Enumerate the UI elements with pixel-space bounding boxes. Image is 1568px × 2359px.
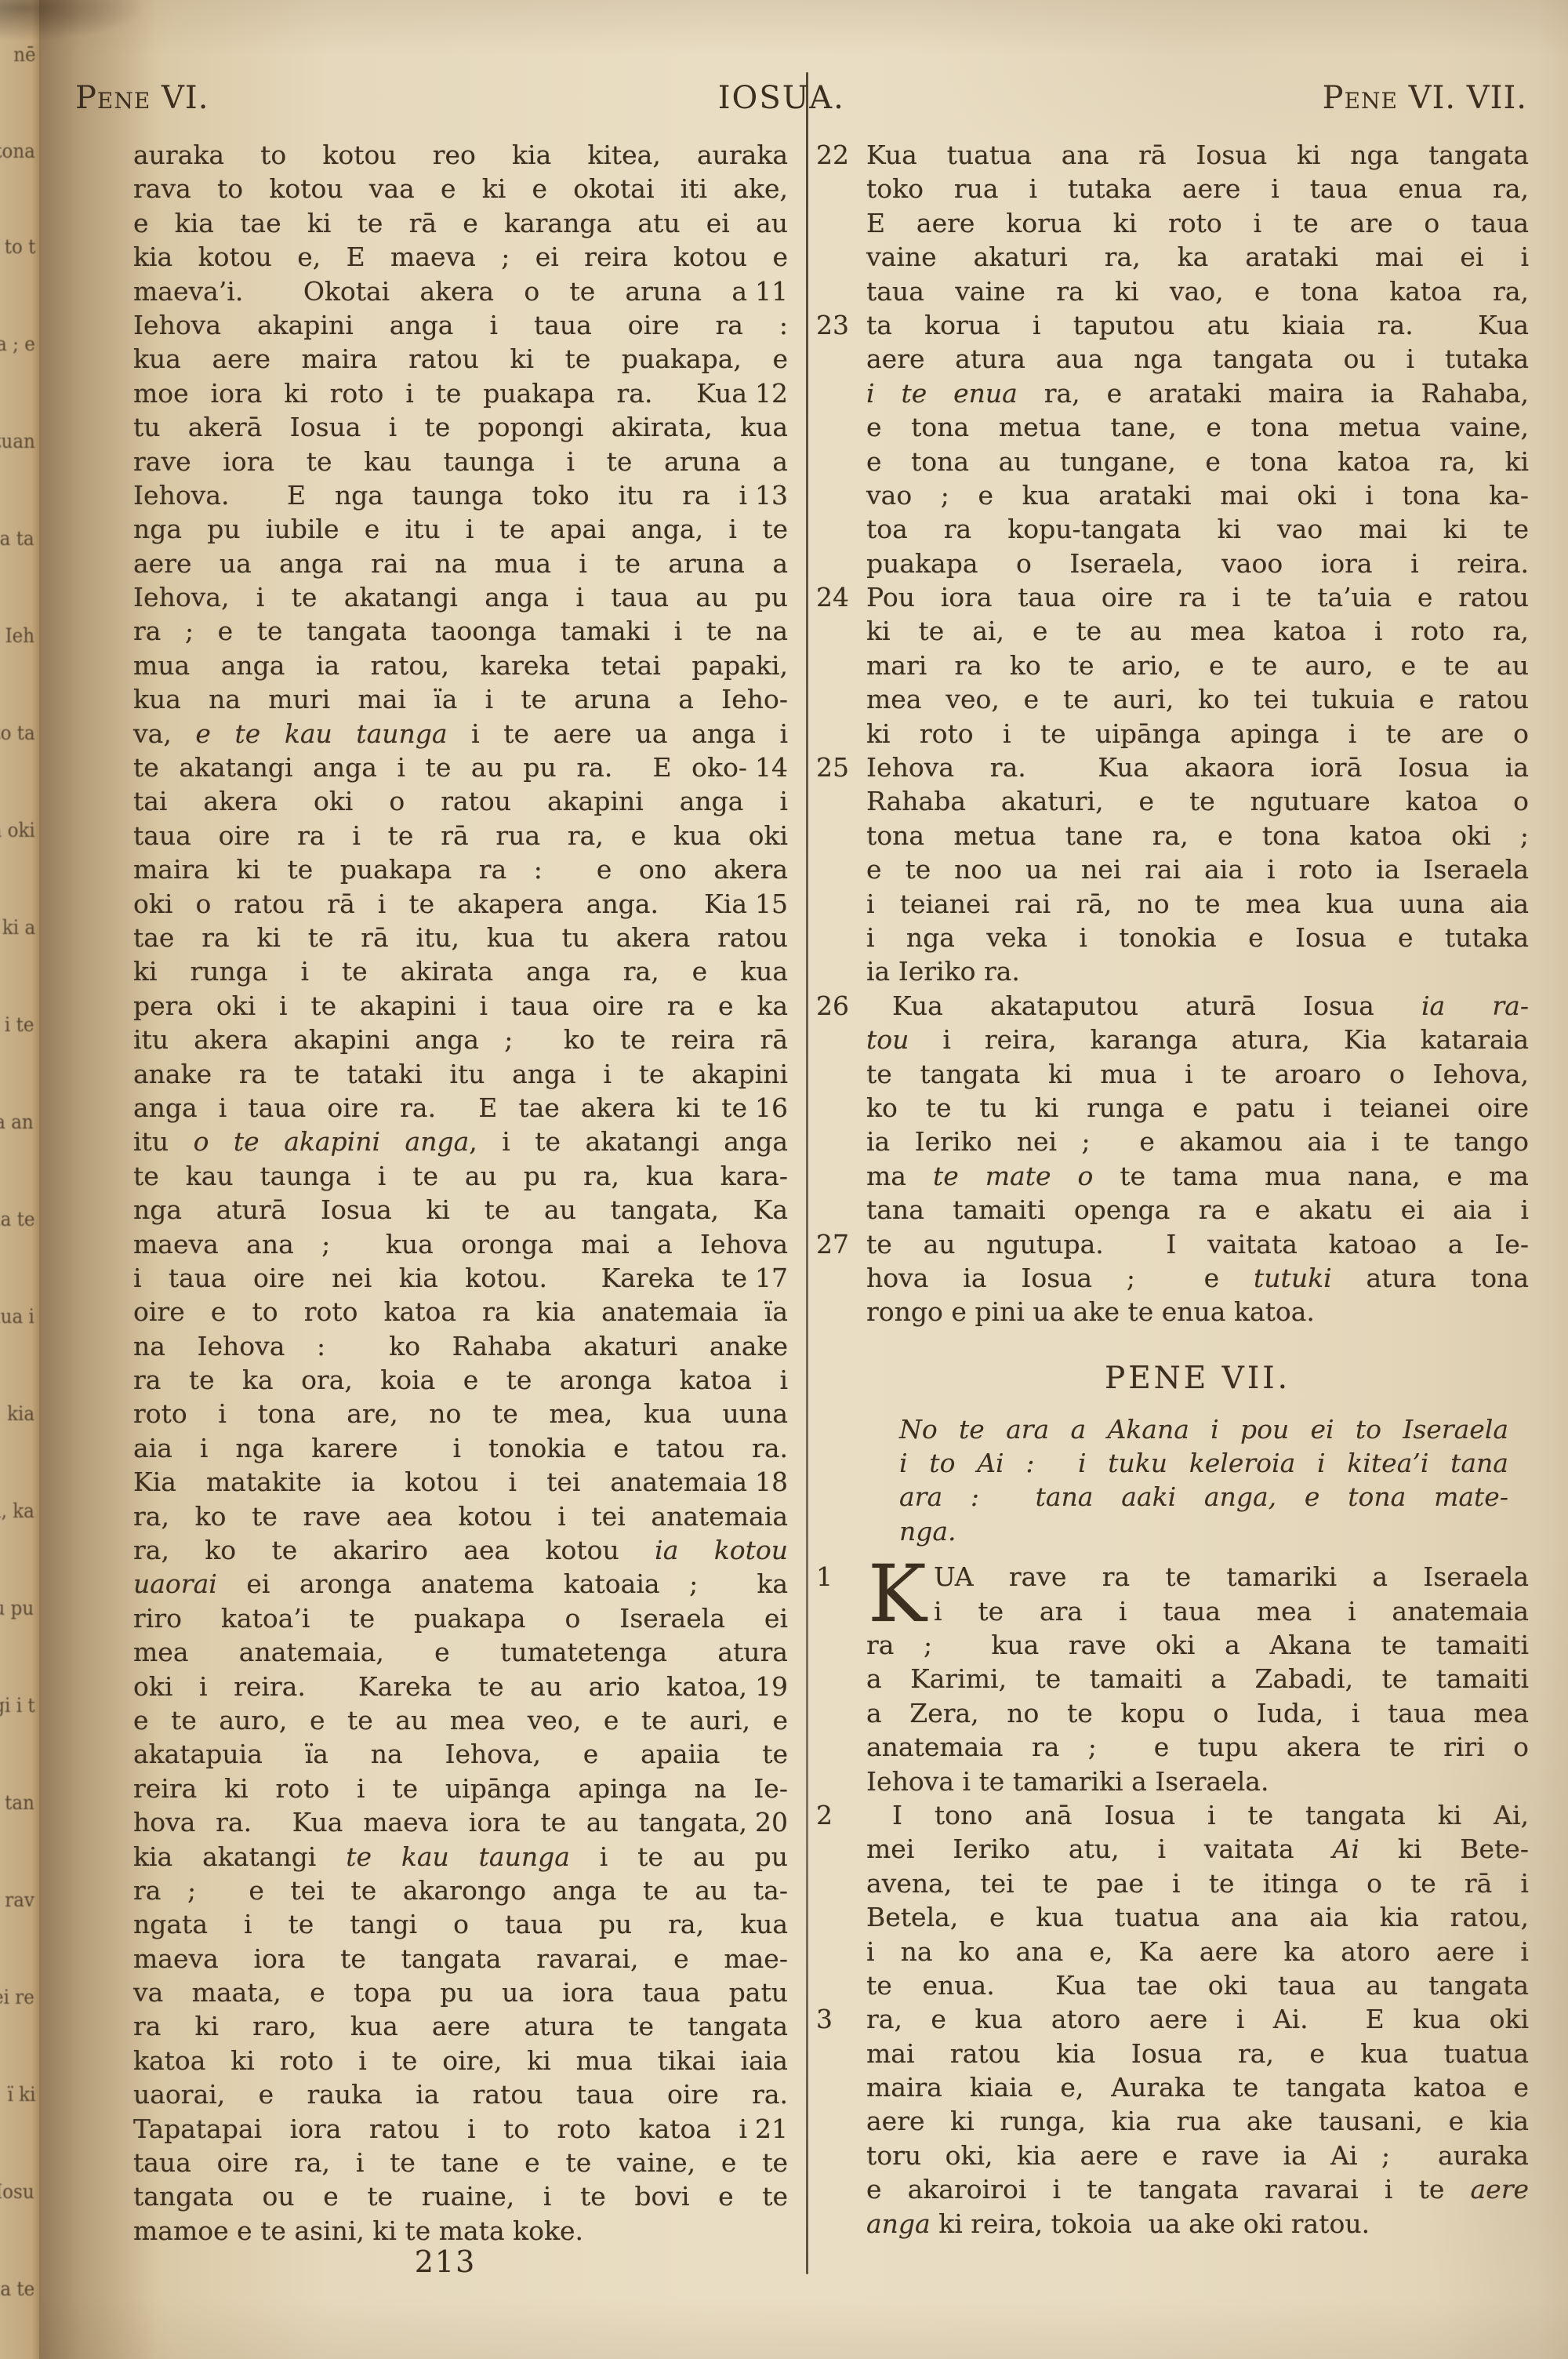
text-segment: Iehova ra. Kua akaora iorā Iosua ia — [866, 752, 1529, 783]
text-line: taua vaine ra ki vao, e tona katoa ra, — [866, 274, 1529, 308]
text-segment: na Iehova : ko Rahaba akaturi anake — [133, 1331, 788, 1361]
text-line: tona metua tane ra, e tona katoa oki ; — [866, 819, 1529, 852]
page-number: 213 — [367, 2245, 524, 2279]
text-line: toru oki, kia aere e rave ia Ai ; auraka — [866, 2139, 1529, 2172]
facing-page-text-fragment: a ; e — [0, 333, 35, 355]
text-column-left: auraka to kotou reo kia kitea, aurakarav… — [133, 138, 788, 2248]
text-line: aia i nga karere i tonokia e tatou ra. — [133, 1431, 788, 1465]
text-segment: kia kotou e, E maeva ; ei reira kotou e — [133, 242, 788, 272]
text-line: na Iehova : ko Rahaba akaturi anake — [133, 1329, 788, 1363]
text-line: mai ratou kia Iosua ra, e kua tuatua — [866, 2037, 1529, 2070]
text-line: mari ra ko te ario, e te auro, e te au — [866, 649, 1529, 682]
text-line: uaorai ei aronga anatema katoaia ; ka — [133, 1567, 788, 1601]
text-line: itu akera akapini anga ; ko te reira rā — [133, 1023, 788, 1056]
text-line: nga. — [899, 1514, 1508, 1548]
text-segment: E aere korua ki roto i te are o taua — [866, 208, 1529, 238]
text-line: I tono anā Iosua i te tangata ki Ai,2 — [866, 1798, 1529, 1832]
running-head-book-title: IOSUA. — [718, 80, 845, 116]
text-segment: oki i reira. Kareka te au ario katoa, — [133, 1671, 747, 1702]
text-line: e akaroiroi i te tangata ravarai i te ae… — [866, 2172, 1529, 2206]
text-line: ko te tu ki runga e patu i teianei oire — [866, 1091, 1529, 1125]
verse-number: 13 — [755, 478, 788, 512]
text-segment: a Zera, no te kopu o Iuda, i taua mea — [866, 1698, 1529, 1728]
text-line: va, e te kau taunga i te aere ua anga i — [133, 717, 788, 751]
text-segment: hova ia Iosua ; e — [866, 1263, 1254, 1293]
text-line: Pou iora taua oire ra i te ta’uia e rato… — [866, 580, 1529, 614]
verse-number: 2 — [816, 1798, 833, 1832]
text-segment: ki Bete- — [1359, 1834, 1529, 1864]
text-segment: moe iora ki roto i te puakapa ra. Kua — [133, 378, 747, 409]
text-segment: kua na muri mai ïa i te aruna a Ieho- — [133, 684, 788, 714]
text-line: i teianei rai rā, no te mea kua uuna aia — [866, 887, 1529, 921]
text-segment: a Karimi, te tamaiti a Zabadi, te tamait… — [866, 1663, 1529, 1694]
text-line: maeva’i. Okotai akera o te aruna a11 — [133, 274, 788, 308]
text-line: anga i taua oire ra. E tae akera ki te16 — [133, 1091, 788, 1125]
text-segment: kia akatangi — [133, 1841, 346, 1872]
text-line: itu o te akapini anga, i te akatangi ang… — [133, 1125, 788, 1158]
text-line: taua oire ra, i te tane e te vaine, e te — [133, 2146, 788, 2179]
text-segment: i na ko ana e, Ka aere ka atoro aere i — [866, 1936, 1529, 1967]
text-line: i te enua ra, e arataki maira ia Rahaba, — [866, 376, 1529, 410]
text-line: tangata ou e te ruaine, i te bovi e te — [133, 2179, 788, 2213]
chapter-heading: PENE VII. — [866, 1361, 1529, 1397]
text-segment: ko te tu ki runga e patu i teianei oire — [866, 1092, 1529, 1123]
facing-page-text-fragment: ki a — [2, 916, 35, 939]
text-segment: Iehova i te tamariki a Iseraela. — [866, 1766, 1269, 1797]
text-segment: i te au pu — [570, 1841, 788, 1872]
text-segment: oire e to roto katoa ra kia anatemaia ïa — [133, 1296, 788, 1327]
text-segment: ia Ieriko nei ; e akamou aia i te tango — [866, 1126, 1529, 1157]
verse-number: 12 — [755, 376, 788, 410]
text-segment: maeva iora te tangata ravarai, e mae- — [133, 1943, 788, 1974]
text-segment: maira kiaia e, Auraka te tangata katoa e — [866, 2072, 1529, 2103]
text-line: oki i reira. Kareka te au ario katoa,19 — [133, 1670, 788, 1703]
text-segment: te enua. Kua tae oki taua au tangata — [866, 1970, 1529, 2001]
text-segment: Kua akataputou aturā Iosua — [866, 990, 1421, 1021]
text-line: e te noo ua nei rai aia i roto ia Iserae… — [866, 852, 1529, 886]
text-segment: tae ra ki te rā itu, kua tu akera ratou — [133, 922, 788, 953]
text-line: aere ua anga rai na mua i te aruna a — [133, 547, 788, 580]
text-line: ki roto i te uipānga apinga i te are o — [866, 717, 1529, 751]
text-line: mamoe e te asini, ki te mata koke. — [133, 2214, 788, 2248]
verse-number: 3 — [816, 2002, 833, 2036]
verse-number: 22 — [816, 138, 849, 172]
text-segment: vao ; e kua arataki mai oki i tona ka- — [866, 480, 1529, 511]
facing-page-text-fragment: pera an — [0, 1110, 34, 1133]
text-segment: ra, ko te rave aea kotou i tei anatemaia — [133, 1501, 788, 1532]
text-segment: Kua tuatua ana rā Iosua ki nga tangata — [866, 140, 1529, 170]
book-page-scan: nētonato ta ; etuanma taa Iehto tan okik… — [0, 0, 1568, 2359]
text-segment: va, — [133, 718, 195, 749]
text-line: ki runga i te akirata anga ra, e kua — [133, 954, 788, 988]
text-segment: te akatangi anga i te au pu ra. E oko- — [133, 752, 747, 783]
text-segment: ra, ko te akariro aea kotou — [133, 1535, 655, 1565]
text-line: rava to kotou vaa e ki e okotai iti ake, — [133, 172, 788, 205]
text-line: te akatangi anga i te au pu ra. E oko-14 — [133, 751, 788, 784]
text-line: E aere korua ki roto i te are o taua — [866, 206, 1529, 240]
facing-page-text-fragment: ma te — [0, 1208, 34, 1230]
italic-phrase: o te akapini anga — [194, 1126, 470, 1157]
facing-page-text-fragment: te tan — [0, 1791, 34, 1814]
facing-page-text-fragment: ma ta — [0, 527, 34, 550]
italic-phrase: tou — [866, 1024, 909, 1055]
text-segment: maeva’i. Okotai akera o te aruna a — [133, 276, 747, 307]
facing-page-text-fragment: a Iosu — [0, 2180, 34, 2203]
text-segment: aere ua anga rai na mua i te aruna a — [133, 548, 788, 579]
text-line: oki o ratou rā i te akapera anga. Kia15 — [133, 887, 788, 921]
text-line: ia Ieriko nei ; e akamou aia i te tango — [866, 1125, 1529, 1158]
facing-page-text-fragment: to ta — [0, 722, 35, 744]
text-line: ra ; e te tangata taoonga tamaki i te na — [133, 614, 788, 648]
text-segment: rava to kotou vaa e ki e okotai iti ake, — [133, 173, 788, 204]
text-line: Kia matakite ia kotou i tei anatemaia18 — [133, 1465, 788, 1499]
text-segment: tai akera oki o ratou akapini anga i — [133, 786, 788, 816]
text-segment: ei aronga anatema katoaia ; ka — [217, 1568, 788, 1599]
text-line: rave iora te kau taunga i te aruna a — [133, 445, 788, 478]
text-line: mea veo, e te auri, ko tei tukuia e rato… — [866, 682, 1529, 716]
text-line: ra ki raro, kua aere atura te tangata — [133, 2009, 788, 2043]
text-line: i te ara i taua mea i anatemaia — [866, 1594, 1529, 1628]
text-line: kua na muri mai ïa i te aruna a Ieho- — [133, 682, 788, 716]
text-segment: taua oire ra, i te tane e te vaine, e te — [133, 2147, 788, 2178]
text-segment: nga. — [899, 1516, 956, 1547]
text-line: ara : tana aaki anga, e tona mate- — [899, 1480, 1508, 1514]
facing-page-text-fragment: a Ieh — [0, 624, 34, 647]
text-line: Iehova, i te akatangi anga i taua au pu — [133, 580, 788, 614]
verse-number: 23 — [816, 308, 849, 342]
text-segment: auraka to kotou reo kia kitea, auraka — [133, 140, 788, 170]
text-segment: te au ngutupa. I vaitata katoao a Ie- — [866, 1229, 1529, 1259]
text-segment: anatemaia ra ; e tupu akera te riri o — [866, 1732, 1529, 1762]
text-line: riro katoa’i te puakapa o Iseraela ei — [133, 1601, 788, 1635]
running-head-left: Pene VI. — [75, 80, 209, 116]
text-line: Kua akataputou aturā Iosua ia ra-26 — [866, 989, 1529, 1023]
text-segment: avena, tei te pae i te itinga o te rā i — [866, 1868, 1529, 1899]
text-segment: ngata i te tangi o taua pu ra, kua — [133, 1909, 788, 1939]
text-segment: maeva ana ; kua oronga mai a Iehova — [133, 1229, 788, 1259]
text-line: ra, ko te rave aea kotou i tei anatemaia — [133, 1499, 788, 1533]
text-segment: toru oki, kia aere e rave ia Ai ; auraka — [866, 2140, 1529, 2171]
text-line: reira ki roto i te uipānga apinga na Ie- — [133, 1772, 788, 1805]
text-line: va maata, e topa pu ua iora taua patu — [133, 1976, 788, 2009]
text-segment: i nga veka i tonokia e Iosua e tutaka — [866, 922, 1529, 953]
text-segment: e kia tae ki te rā e karanga atu ei au — [133, 208, 788, 238]
text-line: ma te mate o te tama mua nana, e ma — [866, 1159, 1529, 1193]
text-segment: e akaroiroi i te tangata ravarai i te — [866, 2174, 1470, 2205]
text-line: ra ; e tei te akarongo anga te au ta- — [133, 1874, 788, 1907]
italic-phrase: Ai — [1333, 1834, 1359, 1864]
text-line: mei Ieriko atu, i vaitata Ai ki Bete- — [866, 1832, 1529, 1866]
text-segment: uaorai, e rauka ia ratou taua oire ra. — [133, 2079, 788, 2110]
text-segment: atura tona — [1332, 1263, 1529, 1293]
text-segment: mea veo, e te auri, ko tei tukuia e rato… — [866, 684, 1529, 714]
verse-number: 20 — [755, 1805, 788, 1839]
text-line: e tona metua tane, e tona metua vaine, — [866, 410, 1529, 444]
text-line: maeva ana ; kua oronga mai a Iehova — [133, 1227, 788, 1261]
text-segment: mai ratou kia Iosua ra, e kua tuatua — [866, 2038, 1529, 2069]
text-line: avena, tei te pae i te itinga o te rā i — [866, 1866, 1529, 1900]
verse-block: KUA rave ra te tamariki a Iseraela1i te … — [866, 1560, 1529, 2241]
text-segment: nga pu iubile e itu i te apai anga, i te — [133, 514, 788, 544]
text-line: vaine akaturi ra, ka arataki mai ei i — [866, 240, 1529, 274]
text-segment: tana tamaiti openga ra e akatu ei aia i — [866, 1194, 1529, 1225]
text-line: ta korua i taputou atu kiaia ra. Kua23 — [866, 308, 1529, 342]
text-line: Kua tuatua ana rā Iosua ki nga tangata22 — [866, 138, 1529, 172]
facing-page-text-fragment: a au pu — [0, 1597, 34, 1619]
text-line: ki te ai, e te au mea katoa i roto ra, — [866, 614, 1529, 648]
text-line: Betela, e kua tuatua ana aia kia ratou, — [866, 1900, 1529, 1934]
text-line: katoa ki roto i te oire, ki mua tikai ia… — [133, 2044, 788, 2077]
italic-phrase: ia kotou — [655, 1535, 788, 1565]
italic-phrase: ia ra- — [1421, 990, 1529, 1021]
text-segment: pera oki i te akapini i taua oire ra e k… — [133, 990, 788, 1021]
text-segment: itu akera akapini anga ; ko te reira rā — [133, 1024, 788, 1055]
text-line: toko rua i tutaka aere i taua enua ra, — [866, 172, 1529, 205]
italic-phrase: e te kau taunga — [195, 718, 447, 749]
text-line: puakapa o Iseraela, vaoo iora i reira. — [866, 547, 1529, 580]
text-segment: te tama mua nana, e ma — [1093, 1161, 1529, 1191]
text-line: Iehova i te tamariki a Iseraela. — [866, 1765, 1529, 1798]
text-segment: itu — [133, 1126, 194, 1157]
text-segment: ia Ieriko ra. — [866, 956, 1020, 987]
text-segment: toko rua i tutaka aere i taua enua ra, — [866, 173, 1529, 204]
text-line: ra, ko te akariro aea kotou ia kotou — [133, 1533, 788, 1567]
text-line: e kia tae ki te rā e karanga atu ei au — [133, 206, 788, 240]
text-segment: Tapatapai iora ratou i to roto katoa i — [133, 2114, 747, 2144]
text-segment: taua oire ra i te rā rua ra, e kua oki — [133, 820, 788, 851]
text-line: tou i reira, karanga atura, Kia kataraia — [866, 1023, 1529, 1056]
text-line: kia kotou e, E maeva ; ei reira kotou e — [133, 240, 788, 274]
facing-page-text-fragment: ï ki — [7, 2083, 35, 2106]
text-line: mea anatemaia, e tumatetenga atura — [133, 1635, 788, 1669]
text-line: Iehova. E nga taunga toko itu ra i13 — [133, 478, 788, 512]
verse-number: 11 — [755, 274, 788, 308]
text-line: aere atura aua nga tangata ou i tutaka — [866, 342, 1529, 376]
facing-page-text-fragment: to t — [5, 235, 36, 258]
text-line: tai akera oki o ratou akapini anga i — [133, 784, 788, 818]
text-segment: Kia matakite ia kotou i tei anatemaia — [133, 1467, 747, 1497]
verse-block: Kua tuatua ana rā Iosua ki nga tangata22… — [866, 138, 1529, 1329]
text-segment: mea anatemaia, e tumatetenga atura — [133, 1637, 788, 1667]
text-segment: aia i nga karere i tonokia e tatou ra. — [133, 1433, 788, 1463]
facing-page-text-fragment: mua i — [0, 1305, 34, 1328]
text-segment: rave iora te kau taunga i te aruna a — [133, 446, 788, 477]
text-segment: aere ki runga, kia rua ake tausani, e ki… — [866, 2106, 1529, 2136]
text-segment: Iehova. E nga taunga toko itu ra i — [133, 480, 747, 511]
text-line: auraka to kotou reo kia kitea, auraka — [133, 138, 788, 172]
text-segment: No te ara a Akana i pou ei to Iseraela — [899, 1414, 1508, 1445]
text-line: maira kiaia e, Auraka te tangata katoa e — [866, 2070, 1529, 2104]
text-line: ra te ka ora, koia e te aronga katoa i — [133, 1363, 788, 1397]
text-line: a Zera, no te kopu o Iuda, i taua mea — [866, 1696, 1529, 1730]
text-segment: I tono anā Iosua i te tangata ki Ai, — [866, 1800, 1529, 1830]
text-line: anatemaia ra ; e tupu akera te riri o — [866, 1730, 1529, 1764]
text-line: ngata i te tangi o taua pu ra, kua — [133, 1907, 788, 1941]
facing-page-text-fragment: tuan — [0, 430, 35, 453]
verse-number: 15 — [755, 887, 788, 921]
text-segment: Pou iora taua oire ra i te ta’uia e rato… — [866, 582, 1529, 612]
text-segment: toa ra kopu-tangata ki vao mai ki te — [866, 514, 1529, 544]
text-line: e te auro, e te au mea veo, e te auri, e — [133, 1703, 788, 1737]
text-line: anga ki reira, tokoia ua ake oki ratou. — [866, 2207, 1529, 2241]
text-line: kia akatangi te kau taunga i te au pu — [133, 1840, 788, 1874]
text-line: akatapuia ïa na Iehova, e apaiia te — [133, 1737, 788, 1771]
italic-phrase: aere — [1470, 2174, 1529, 2205]
facing-page-text-fragment: tona — [0, 140, 35, 162]
text-segment: tona metua tane ra, e tona katoa oki ; — [866, 820, 1529, 851]
facing-page-text-fragment: ga i te — [0, 1013, 34, 1036]
text-segment: ra ; e te tangata taoonga tamaki i te na — [133, 616, 788, 646]
verse-number: 17 — [755, 1261, 788, 1295]
text-segment: te kau taunga i te au pu ra, kua kara- — [133, 1161, 788, 1191]
text-segment: e te auro, e te au mea veo, e te auri, e — [133, 1705, 788, 1736]
text-line: tae ra ki te rā itu, kua tu akera ratou — [133, 921, 788, 954]
text-segment: akatapuia ïa na Iehova, e apaiia te — [133, 1739, 788, 1769]
text-segment: ra, e arataki maira ia Rahaba, — [1018, 378, 1529, 409]
text-line: hova ia Iosua ; e tutuki atura tona — [866, 1261, 1529, 1295]
text-segment: tu akerā Iosua i te popongi akirata, kua — [133, 412, 788, 442]
text-segment: Rahaba akaturi, e te ngutuare katoa o — [866, 786, 1529, 816]
chapter-summary: No te ara a Akana i pou ei to Iseraelai … — [866, 1397, 1529, 1549]
facing-page-edge: nētonato ta ; etuanma taa Iehto tan okik… — [0, 0, 39, 2359]
italic-phrase: anga — [866, 2208, 931, 2239]
text-segment: e tona metua tane, e tona metua vaine, — [866, 412, 1529, 442]
verse-number: 16 — [755, 1091, 788, 1125]
text-segment: mari ra ko te ario, e te auro, e te au — [866, 650, 1529, 681]
column-divider-rule — [806, 72, 808, 2274]
text-line: tana tamaiti openga ra e akatu ei aia i — [866, 1193, 1529, 1227]
text-line: ra, e kua atoro aere i Ai. E kua oki3 — [866, 2002, 1529, 2036]
text-segment: Iehova akapini anga i taua oire ra : — [133, 310, 788, 340]
italic-phrase: i te enua — [866, 378, 1018, 409]
text-segment: rongo e pini ua ake te enua katoa. — [866, 1296, 1315, 1327]
facing-page-text-fragment: ra, ka — [0, 1499, 34, 1522]
text-line: oire e to roto katoa ra kia anatemaia ïa — [133, 1295, 788, 1329]
text-line: e tona au tungane, e tona katoa ra, ki — [866, 445, 1529, 478]
text-line: nga pu iubile e itu i te apai anga, i te — [133, 512, 788, 546]
text-line: maira ki te puakapa ra : e ono akera — [133, 852, 788, 886]
text-segment: e tona au tungane, e tona katoa ra, ki — [866, 446, 1529, 477]
facing-page-text-fragment: a, kia — [0, 1402, 34, 1425]
text-segment: mamoe e te asini, ki te mata koke. — [133, 2215, 583, 2246]
text-segment: ta korua i taputou atu kiaia ra. Kua — [866, 310, 1529, 340]
text-segment: taua vaine ra ki vao, e tona katoa ra, — [866, 276, 1529, 307]
text-segment: ki reira, tokoia ua ake oki ratou. — [931, 2208, 1370, 2239]
text-segment: ki runga i te akirata anga ra, e kua — [133, 956, 788, 987]
text-segment: i taua oire nei kia kotou. Kareka te — [133, 1263, 747, 1293]
text-segment: vaine akaturi ra, ka arataki mai ei i — [866, 242, 1529, 272]
text-line: i to Ai : i tuku keleroia i kitea’i tana — [899, 1446, 1508, 1480]
text-segment: i te ara i taua mea i anatemaia — [934, 1596, 1529, 1627]
text-line: mua anga ia ratou, kareka tetai papaki, — [133, 649, 788, 682]
text-column-right: Kua tuatua ana rā Iosua ki nga tangata22… — [866, 138, 1529, 2241]
text-segment: reira ki roto i te uipānga apinga na Ie- — [133, 1773, 788, 1804]
text-segment: e te noo ua nei rai aia i roto ia Iserae… — [866, 854, 1529, 885]
italic-phrase: te mate o — [933, 1161, 1093, 1191]
block-gap — [866, 1548, 1529, 1560]
text-segment: i to Ai : i tuku keleroia i kitea’i tana — [899, 1448, 1508, 1478]
text-line: Rahaba akaturi, e te ngutuare katoa o — [866, 784, 1529, 818]
text-line: roto i tona are, no te mea, kua uuna — [133, 1397, 788, 1430]
text-line: pera oki i te akapini i taua oire ra e k… — [133, 989, 788, 1023]
text-segment: ki te ai, e te au mea katoa i roto ra, — [866, 616, 1529, 646]
text-line: maeva iora te tangata ravarai, e mae- — [133, 1942, 788, 1976]
verse-number: 25 — [816, 751, 849, 784]
text-segment: mua anga ia ratou, kareka tetai papaki, — [133, 650, 788, 681]
text-line: Tapatapai iora ratou i to roto katoa i21 — [133, 2112, 788, 2146]
text-line: te enua. Kua tae oki taua au tangata — [866, 1968, 1529, 2002]
facing-page-text-fragment: ; ei re — [0, 1986, 34, 2008]
verse-number: 19 — [755, 1670, 788, 1703]
text-line: kua aere maira ratou ki te puakapa, e — [133, 342, 788, 376]
text-segment: UA rave ra te tamariki a Iseraela — [934, 1561, 1529, 1592]
text-line: aere ki runga, kia rua ake tausani, e ki… — [866, 2104, 1529, 2138]
text-segment: roto i tona are, no te mea, kua uuna — [133, 1398, 788, 1429]
text-segment: hova ra. Kua maeva iora te au tangata, — [133, 1807, 747, 1837]
text-line: ia Ieriko ra. — [866, 954, 1529, 988]
text-segment: Iehova, i te akatangi anga i taua au pu — [133, 582, 788, 612]
verse-number: 26 — [816, 989, 849, 1023]
text-segment: i te aere ua anga i — [448, 718, 788, 749]
text-line: No te ara a Akana i pou ei to Iseraela — [899, 1412, 1508, 1446]
text-segment: Betela, e kua tuatua ana aia kia ratou, — [866, 1902, 1529, 1932]
text-segment: , i te akatangi anga — [469, 1126, 788, 1157]
verse-number: 21 — [755, 2112, 788, 2146]
text-segment: ra ki raro, kua aere atura te tangata — [133, 2011, 788, 2041]
text-line: i na ko ana e, Ka aere ka atoro aere i — [866, 1935, 1529, 1968]
text-line: Iehova ra. Kua akaora iorā Iosua ia25 — [866, 751, 1529, 784]
italic-phrase: te kau taunga — [346, 1841, 570, 1872]
text-segment: va maata, e topa pu ua iora taua patu — [133, 1977, 788, 2008]
text-segment: tangata ou e te ruaine, i te bovi e te — [133, 2181, 788, 2212]
facing-page-text-fragment: gi i t — [0, 1694, 35, 1717]
text-segment: ki roto i te uipānga apinga i te are o — [866, 718, 1529, 749]
text-segment: i teianei rai rā, no te mea kua uuna aia — [866, 889, 1529, 919]
text-segment: puakapa o Iseraela, vaoo iora i reira. — [866, 548, 1529, 579]
facing-page-text-fragment: ta rav — [0, 1888, 34, 1911]
verse-number: 1 — [816, 1560, 833, 1594]
verse-number: 18 — [755, 1465, 788, 1499]
text-line: hova ra. Kua maeva iora te au tangata,20 — [133, 1805, 788, 1839]
text-line: toa ra kopu-tangata ki vao mai ki te — [866, 512, 1529, 546]
running-head-right: Pene VI. VII. — [1323, 80, 1527, 116]
text-segment: maira ki te puakapa ra : e ono akera — [133, 854, 788, 885]
text-line: i nga veka i tonokia e Iosua e tutaka — [866, 921, 1529, 954]
text-segment: mei Ieriko atu, i vaitata — [866, 1834, 1333, 1864]
text-line: tu akerā Iosua i te popongi akirata, kua — [133, 410, 788, 444]
text-line: a Karimi, te tamaiti a Zabadi, te tamait… — [866, 1662, 1529, 1696]
text-segment: kua aere maira ratou ki te puakapa, e — [133, 343, 788, 374]
verse-number: 24 — [816, 580, 849, 614]
text-segment: anake ra te tataki itu anga i te akapini — [133, 1059, 788, 1089]
italic-phrase: tutuki — [1254, 1263, 1332, 1293]
text-segment: oki o ratou rā i te akapera anga. Kia — [133, 889, 747, 919]
text-segment: te tangata ki mua i te aroaro o Iehova, — [866, 1059, 1529, 1089]
facing-page-text-fragment: na te — [0, 2277, 34, 2300]
text-line: rongo e pini ua ake te enua katoa. — [866, 1295, 1529, 1329]
text-line: te tangata ki mua i te aroaro o Iehova, — [866, 1057, 1529, 1091]
text-segment: ra te ka ora, koia e te aronga katoa i — [133, 1365, 788, 1395]
facing-page-text-fragment: n oki — [0, 819, 35, 841]
verse-number: 27 — [816, 1227, 849, 1261]
text-segment: i reira, karanga atura, Kia kataraia — [909, 1024, 1529, 1055]
facing-page-text-fragment: nē — [13, 43, 35, 66]
text-segment: anga i taua oire ra. E tae akera ki te — [133, 1092, 747, 1123]
text-line: Iehova akapini anga i taua oire ra : — [133, 308, 788, 342]
text-segment: aere atura aua nga tangata ou i tutaka — [866, 343, 1529, 374]
text-segment: ra ; kua rave oki a Akana te tamaiti — [866, 1630, 1529, 1660]
text-line: te kau taunga i te au pu ra, kua kara- — [133, 1159, 788, 1193]
